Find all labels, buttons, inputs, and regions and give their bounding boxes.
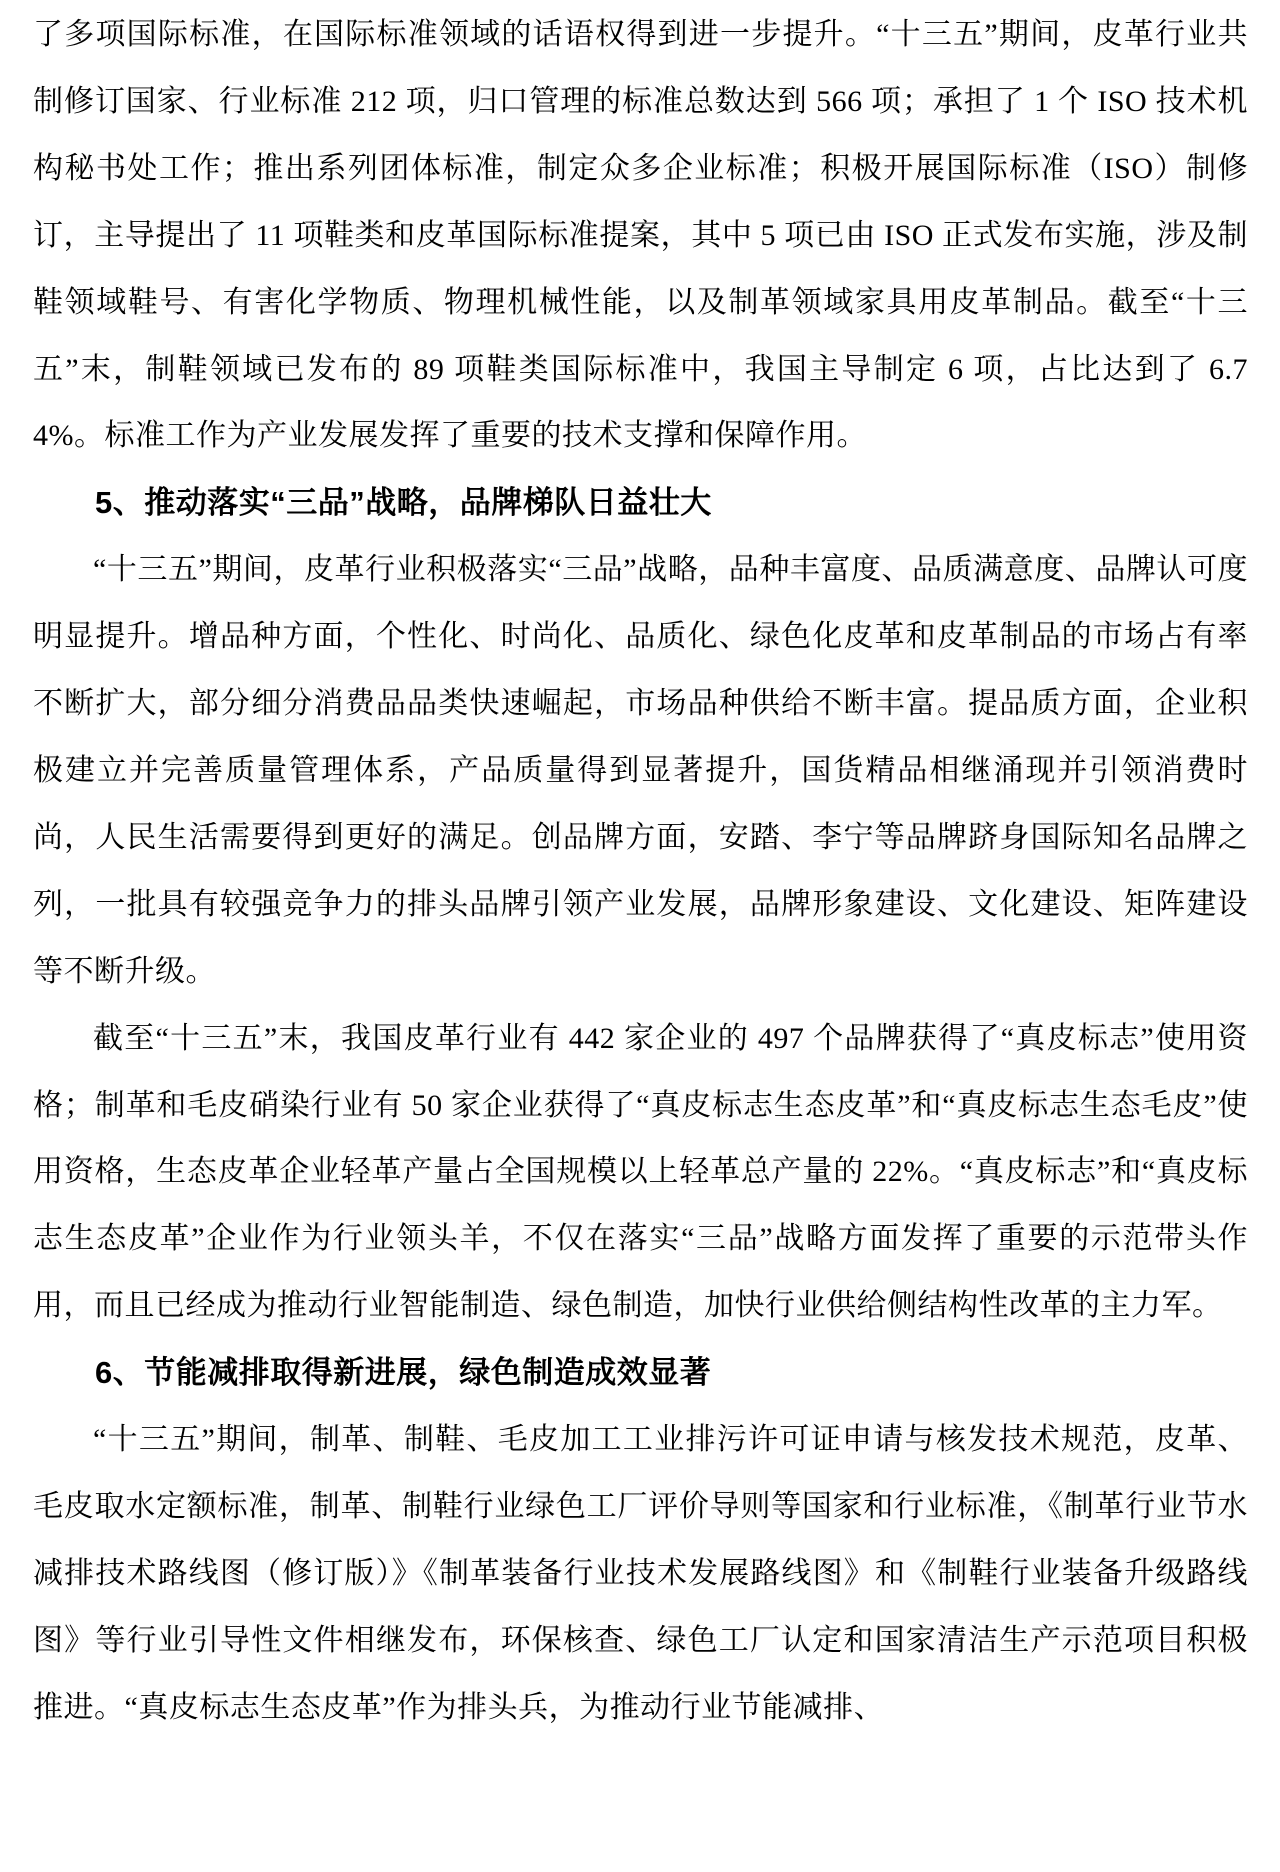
section-heading-6: 6、节能减排取得新进展，绿色制造成效显著 <box>33 1340 1248 1407</box>
body-paragraph-three-products-strategy: “十三五”期间，皮革行业积极落实“三品”战略，品种丰富度、品质满意度、品牌认可度… <box>33 537 1248 1005</box>
section-heading-5: 5、推动落实“三品”战略，品牌梯队日益壮大 <box>33 470 1248 537</box>
body-paragraph-standards: 了多项国际标准，在国际标准领域的话语权得到进一步提升。“十三五”期间，皮革行业共… <box>33 2 1248 470</box>
body-paragraph-genuine-leather-mark: 截至“十三五”末，我国皮革行业有 442 家企业的 497 个品牌获得了“真皮标… <box>33 1006 1248 1341</box>
document-page: 了多项国际标准，在国际标准领域的话语权得到进一步提升。“十三五”期间，皮革行业共… <box>0 0 1280 1872</box>
body-paragraph-green-manufacturing: “十三五”期间，制革、制鞋、毛皮加工工业排污许可证申请与核发技术规范，皮革、毛皮… <box>33 1407 1248 1742</box>
